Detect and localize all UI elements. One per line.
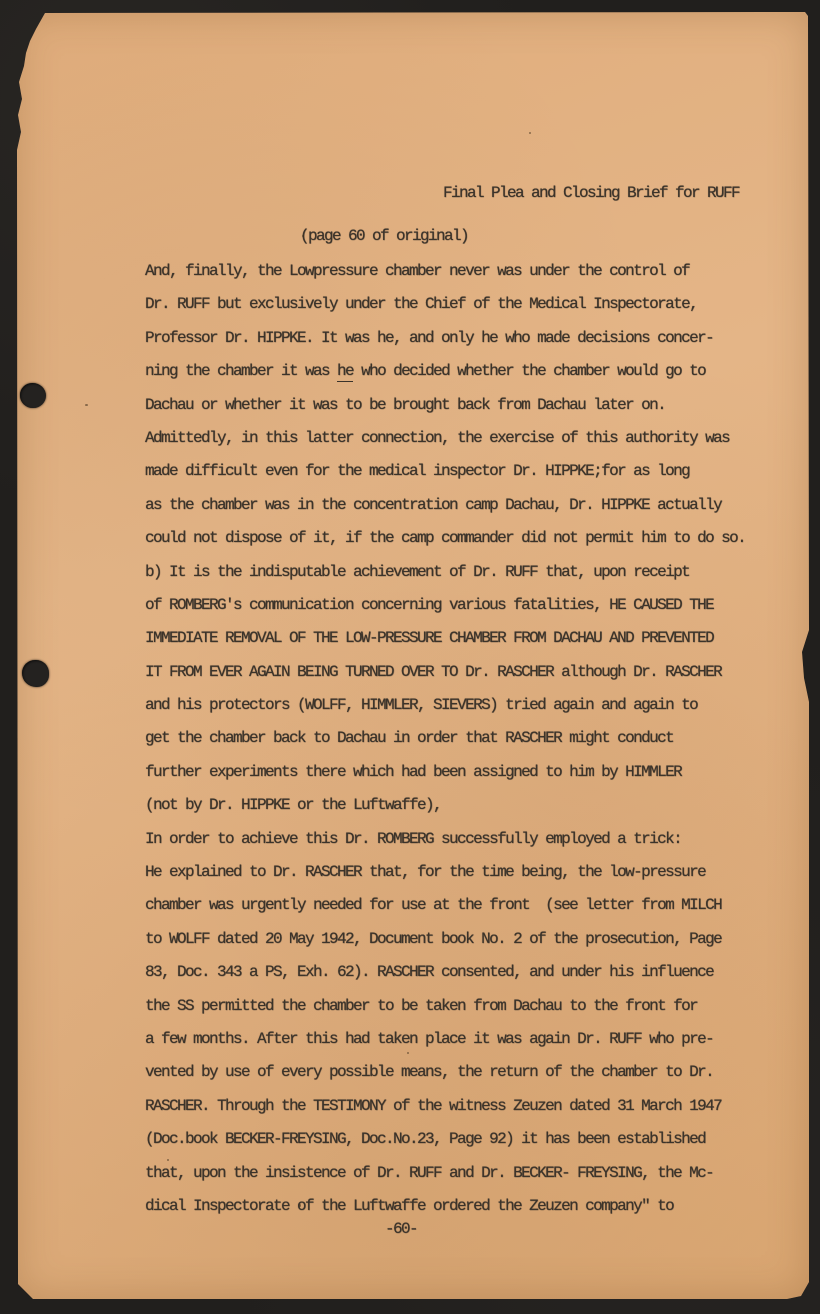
paper-speck [85, 404, 88, 406]
page-number: -60- [385, 1220, 417, 1238]
body-line: could not dispose of it, if the camp com… [145, 522, 795, 555]
punch-hole-top [20, 383, 46, 408]
paper-speck [529, 132, 531, 134]
body-line: dical Inspectorate of the Luftwaffe orde… [145, 1190, 795, 1223]
paper-speck [167, 1159, 169, 1161]
body-line: the SS permitted the chamber to be taken… [145, 990, 795, 1023]
underlined-word: he [337, 362, 353, 382]
body-line: a few months. After this had taken place… [145, 1023, 795, 1056]
document-body: And, finally, the Lowpressure chamber ne… [145, 255, 795, 1223]
body-line: (not by Dr. HIPPKE or the Luftwaffe), [145, 789, 795, 822]
body-line: made difficult even for the medical insp… [145, 455, 795, 488]
body-line: ning the chamber it was he who decided w… [145, 355, 795, 388]
body-line: b) It is the indisputable achievement of… [145, 556, 795, 589]
paper-speck [299, 1204, 301, 1207]
body-line: chamber was urgently needed for use at t… [145, 889, 795, 922]
page-header: Final Plea and Closing Brief for RUFF [443, 184, 739, 202]
paper-speck [407, 1052, 409, 1054]
body-line: and his protectors (WOLFF, HIMMLER, SIEV… [145, 689, 795, 722]
body-line: Dachau or whether it was to be brought b… [145, 389, 795, 422]
body-line: get the chamber back to Dachau in order … [145, 722, 795, 755]
body-line: further experiments there which had been… [145, 756, 795, 789]
body-line: RASCHER. Through the TESTIMONY of the wi… [145, 1090, 795, 1123]
body-line: IMMEDIATE REMOVAL OF THE LOW-PRESSURE CH… [145, 622, 795, 655]
body-line: Admittedly, in this latter connection, t… [145, 422, 795, 455]
body-line: vented by use of every possible means, t… [145, 1056, 795, 1089]
body-line: And, finally, the Lowpressure chamber ne… [145, 255, 795, 288]
body-line: (Doc.book BECKER-FREYSING, Doc.No.23, Pa… [145, 1123, 795, 1156]
body-line: that, upon the insistence of Dr. RUFF an… [145, 1157, 795, 1190]
body-line: as the chamber was in the concentration … [145, 489, 795, 522]
body-line: In order to achieve this Dr. ROMBERG suc… [145, 823, 795, 856]
punch-hole-bottom [22, 660, 49, 687]
scan-background: Final Plea and Closing Brief for RUFF (p… [0, 0, 820, 1314]
page-subheader: (page 60 of original) [300, 227, 468, 245]
document-page: Final Plea and Closing Brief for RUFF (p… [17, 12, 809, 1299]
body-line: IT FROM EVER AGAIN BEING TURNED OVER TO … [145, 656, 795, 689]
body-line: Professor Dr. HIPPKE. It was he, and onl… [145, 322, 795, 355]
body-line: of ROMBERG's communication concerning va… [145, 589, 795, 622]
paper-speck [302, 235, 304, 237]
body-line: Dr. RUFF but exclusively under the Chief… [145, 288, 795, 321]
body-line: to WOLFF dated 20 May 1942, Document boo… [145, 923, 795, 956]
body-line: 83, Doc. 343 a PS, Exh. 62). RASCHER con… [145, 956, 795, 989]
body-line: He explained to Dr. RASCHER that, for th… [145, 856, 795, 889]
